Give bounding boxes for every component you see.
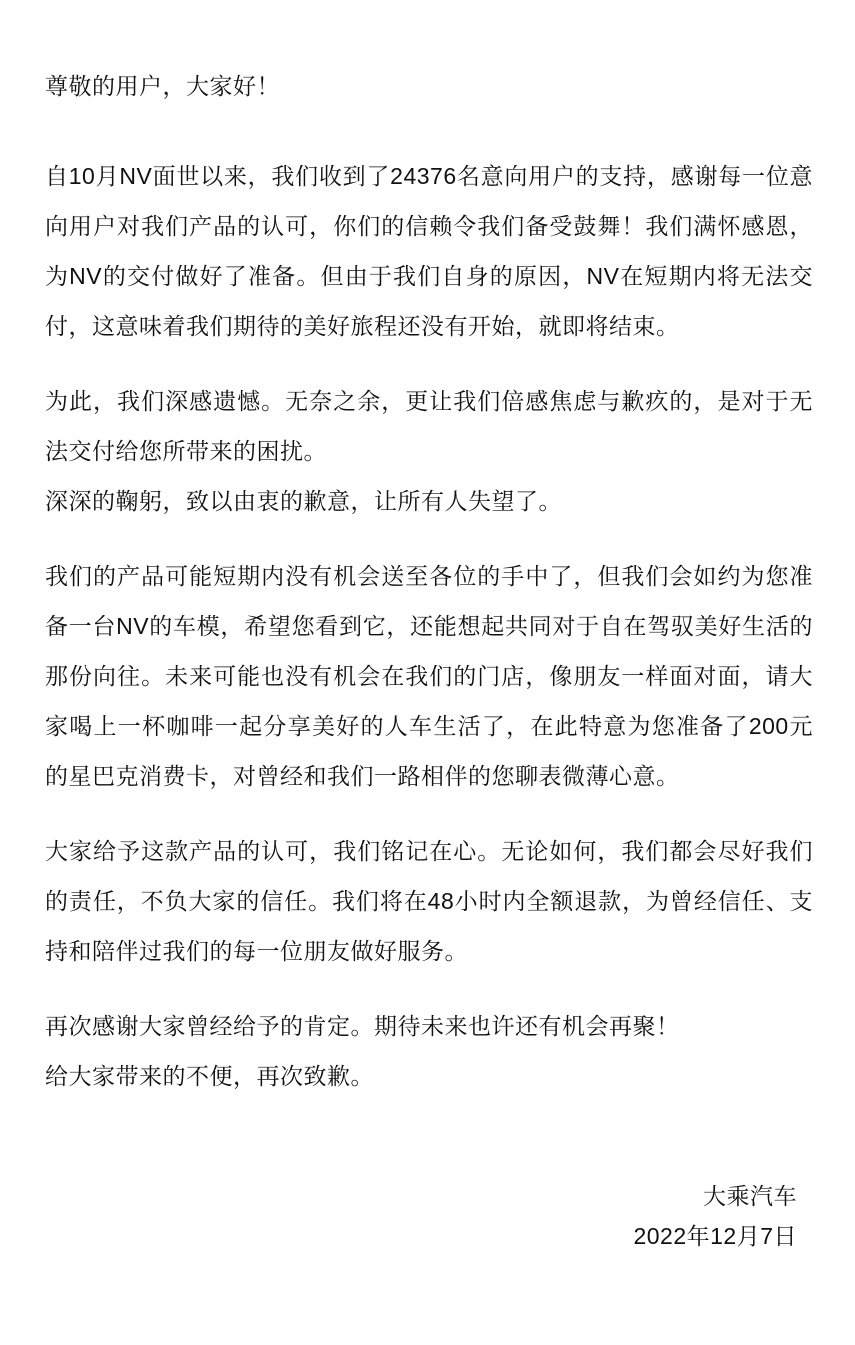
paragraph-regret: 为此，我们深感遗憾。无奈之余，更让我们倍感焦虑与歉疚的，是对于无法交付给您所带来… — [45, 376, 813, 476]
signature-block: 大乘汽车 2022年12月7日 — [45, 1176, 813, 1256]
letter-page: 尊敬的用户，大家好！ 自10月NV面世以来，我们收到了24376名意向用户的支持… — [0, 0, 855, 1345]
greeting-line: 尊敬的用户，大家好！ — [45, 61, 813, 111]
paragraph-thanks-again: 再次感谢大家曾经给予的肯定。期待未来也许还有机会再聚！ — [45, 1001, 813, 1051]
signature-company: 大乘汽车 — [45, 1176, 797, 1216]
paragraph-car-model-gift: 我们的产品可能短期内没有机会送至各位的手中了，但我们会如约为您准备一台NV的车模… — [45, 551, 813, 801]
paragraph-intro-support: 自10月NV面世以来，我们收到了24376名意向用户的支持，感谢每一位意向用户对… — [45, 151, 813, 351]
signature-date: 2022年12月7日 — [45, 1216, 797, 1256]
paragraph-apology-bow: 深深的鞠躬，致以由衷的歉意，让所有人失望了。 — [45, 476, 813, 526]
paragraph-final-apology: 给大家带来的不便，再次致歉。 — [45, 1051, 813, 1101]
paragraph-refund-promise: 大家给予这款产品的认可，我们铭记在心。无论如何，我们都会尽好我们的责任，不负大家… — [45, 826, 813, 976]
